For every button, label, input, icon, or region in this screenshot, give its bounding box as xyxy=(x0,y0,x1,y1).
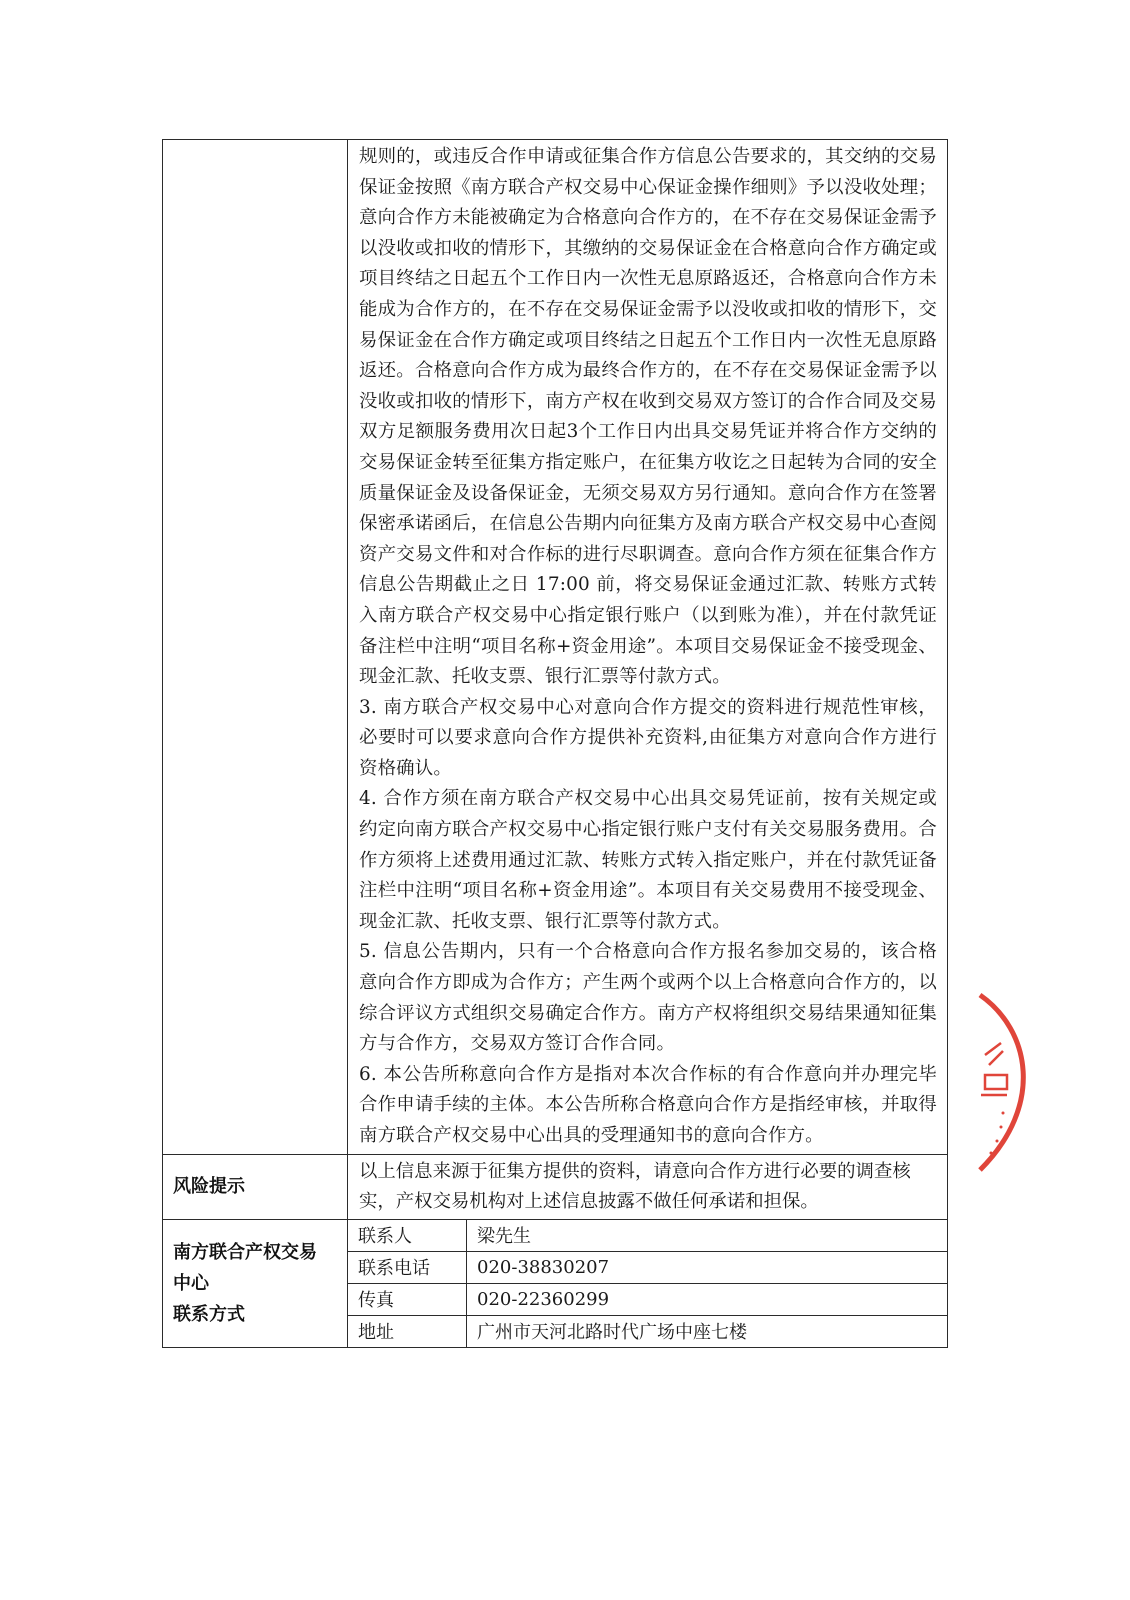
rules-paragraph-3: 3. 南方联合产权交易中心对意向合作方提交的资料进行规范性审核，必要时可以要求意… xyxy=(359,693,937,785)
contact-key: 联系电话 xyxy=(348,1251,467,1283)
contact-label-line-3: 联系方式 xyxy=(173,1299,337,1330)
official-seal-stamp-icon xyxy=(975,985,1055,1175)
contact-key: 地址 xyxy=(348,1315,467,1347)
rules-row: 规则的，或违反合作申请或征集合作方信息公告要求的，其交纳的交易保证金按照《南方联… xyxy=(163,140,948,1155)
notice-table: 规则的，或违反合作申请或征集合作方信息公告要求的，其交纳的交易保证金按照《南方联… xyxy=(162,139,948,1348)
contact-label: 南方联合产权交易 中心 联系方式 xyxy=(163,1219,348,1347)
contact-phone-row: 联系电话 020-38830207 xyxy=(348,1251,947,1283)
contact-row: 南方联合产权交易 中心 联系方式 联系人 梁先生 联系电话 020-388302… xyxy=(163,1219,948,1347)
contact-value: 梁先生 xyxy=(467,1220,948,1252)
contact-table: 联系人 梁先生 联系电话 020-38830207 传真 020-2236029… xyxy=(348,1220,947,1347)
rules-content-cell: 规则的，或违反合作申请或征集合作方信息公告要求的，其交纳的交易保证金按照《南方联… xyxy=(348,140,948,1155)
rules-paragraph-6: 6. 本公告所称意向合作方是指对本次合作标的有合作意向并办理完毕合作申请手续的主… xyxy=(359,1060,937,1152)
risk-row: 风险提示 以上信息来源于征集方提供的资料，请意向合作方进行必要的调查核实，产权交… xyxy=(163,1154,948,1219)
contact-value: 020-38830207 xyxy=(467,1251,948,1283)
risk-label: 风险提示 xyxy=(163,1154,348,1219)
contact-label-line-1: 南方联合产权交易 xyxy=(173,1237,337,1268)
contact-value: 广州市天河北路时代广场中座七楼 xyxy=(467,1315,948,1347)
rules-paragraph-continued: 规则的，或违反合作申请或征集合作方信息公告要求的，其交纳的交易保证金按照《南方联… xyxy=(359,142,937,693)
risk-text: 以上信息来源于征集方提供的资料，请意向合作方进行必要的调查核实，产权交易机构对上… xyxy=(348,1154,948,1219)
rules-label-cell xyxy=(163,140,348,1155)
contact-address-row: 地址 广州市天河北路时代广场中座七楼 xyxy=(348,1315,947,1347)
contact-label-line-2: 中心 xyxy=(173,1268,337,1299)
contact-fax-row: 传真 020-22360299 xyxy=(348,1283,947,1315)
contact-key: 传真 xyxy=(348,1283,467,1315)
contact-key: 联系人 xyxy=(348,1220,467,1252)
rules-paragraph-4: 4. 合作方须在南方联合产权交易中心出具交易凭证前，按有关规定或约定向南方联合产… xyxy=(359,784,937,937)
contact-person-row: 联系人 梁先生 xyxy=(348,1220,947,1252)
rules-paragraph-5: 5. 信息公告期内，只有一个合格意向合作方报名参加交易的，该合格意向合作方即成为… xyxy=(359,937,937,1059)
contact-value: 020-22360299 xyxy=(467,1283,948,1315)
contact-details: 联系人 梁先生 联系电话 020-38830207 传真 020-2236029… xyxy=(348,1219,948,1347)
